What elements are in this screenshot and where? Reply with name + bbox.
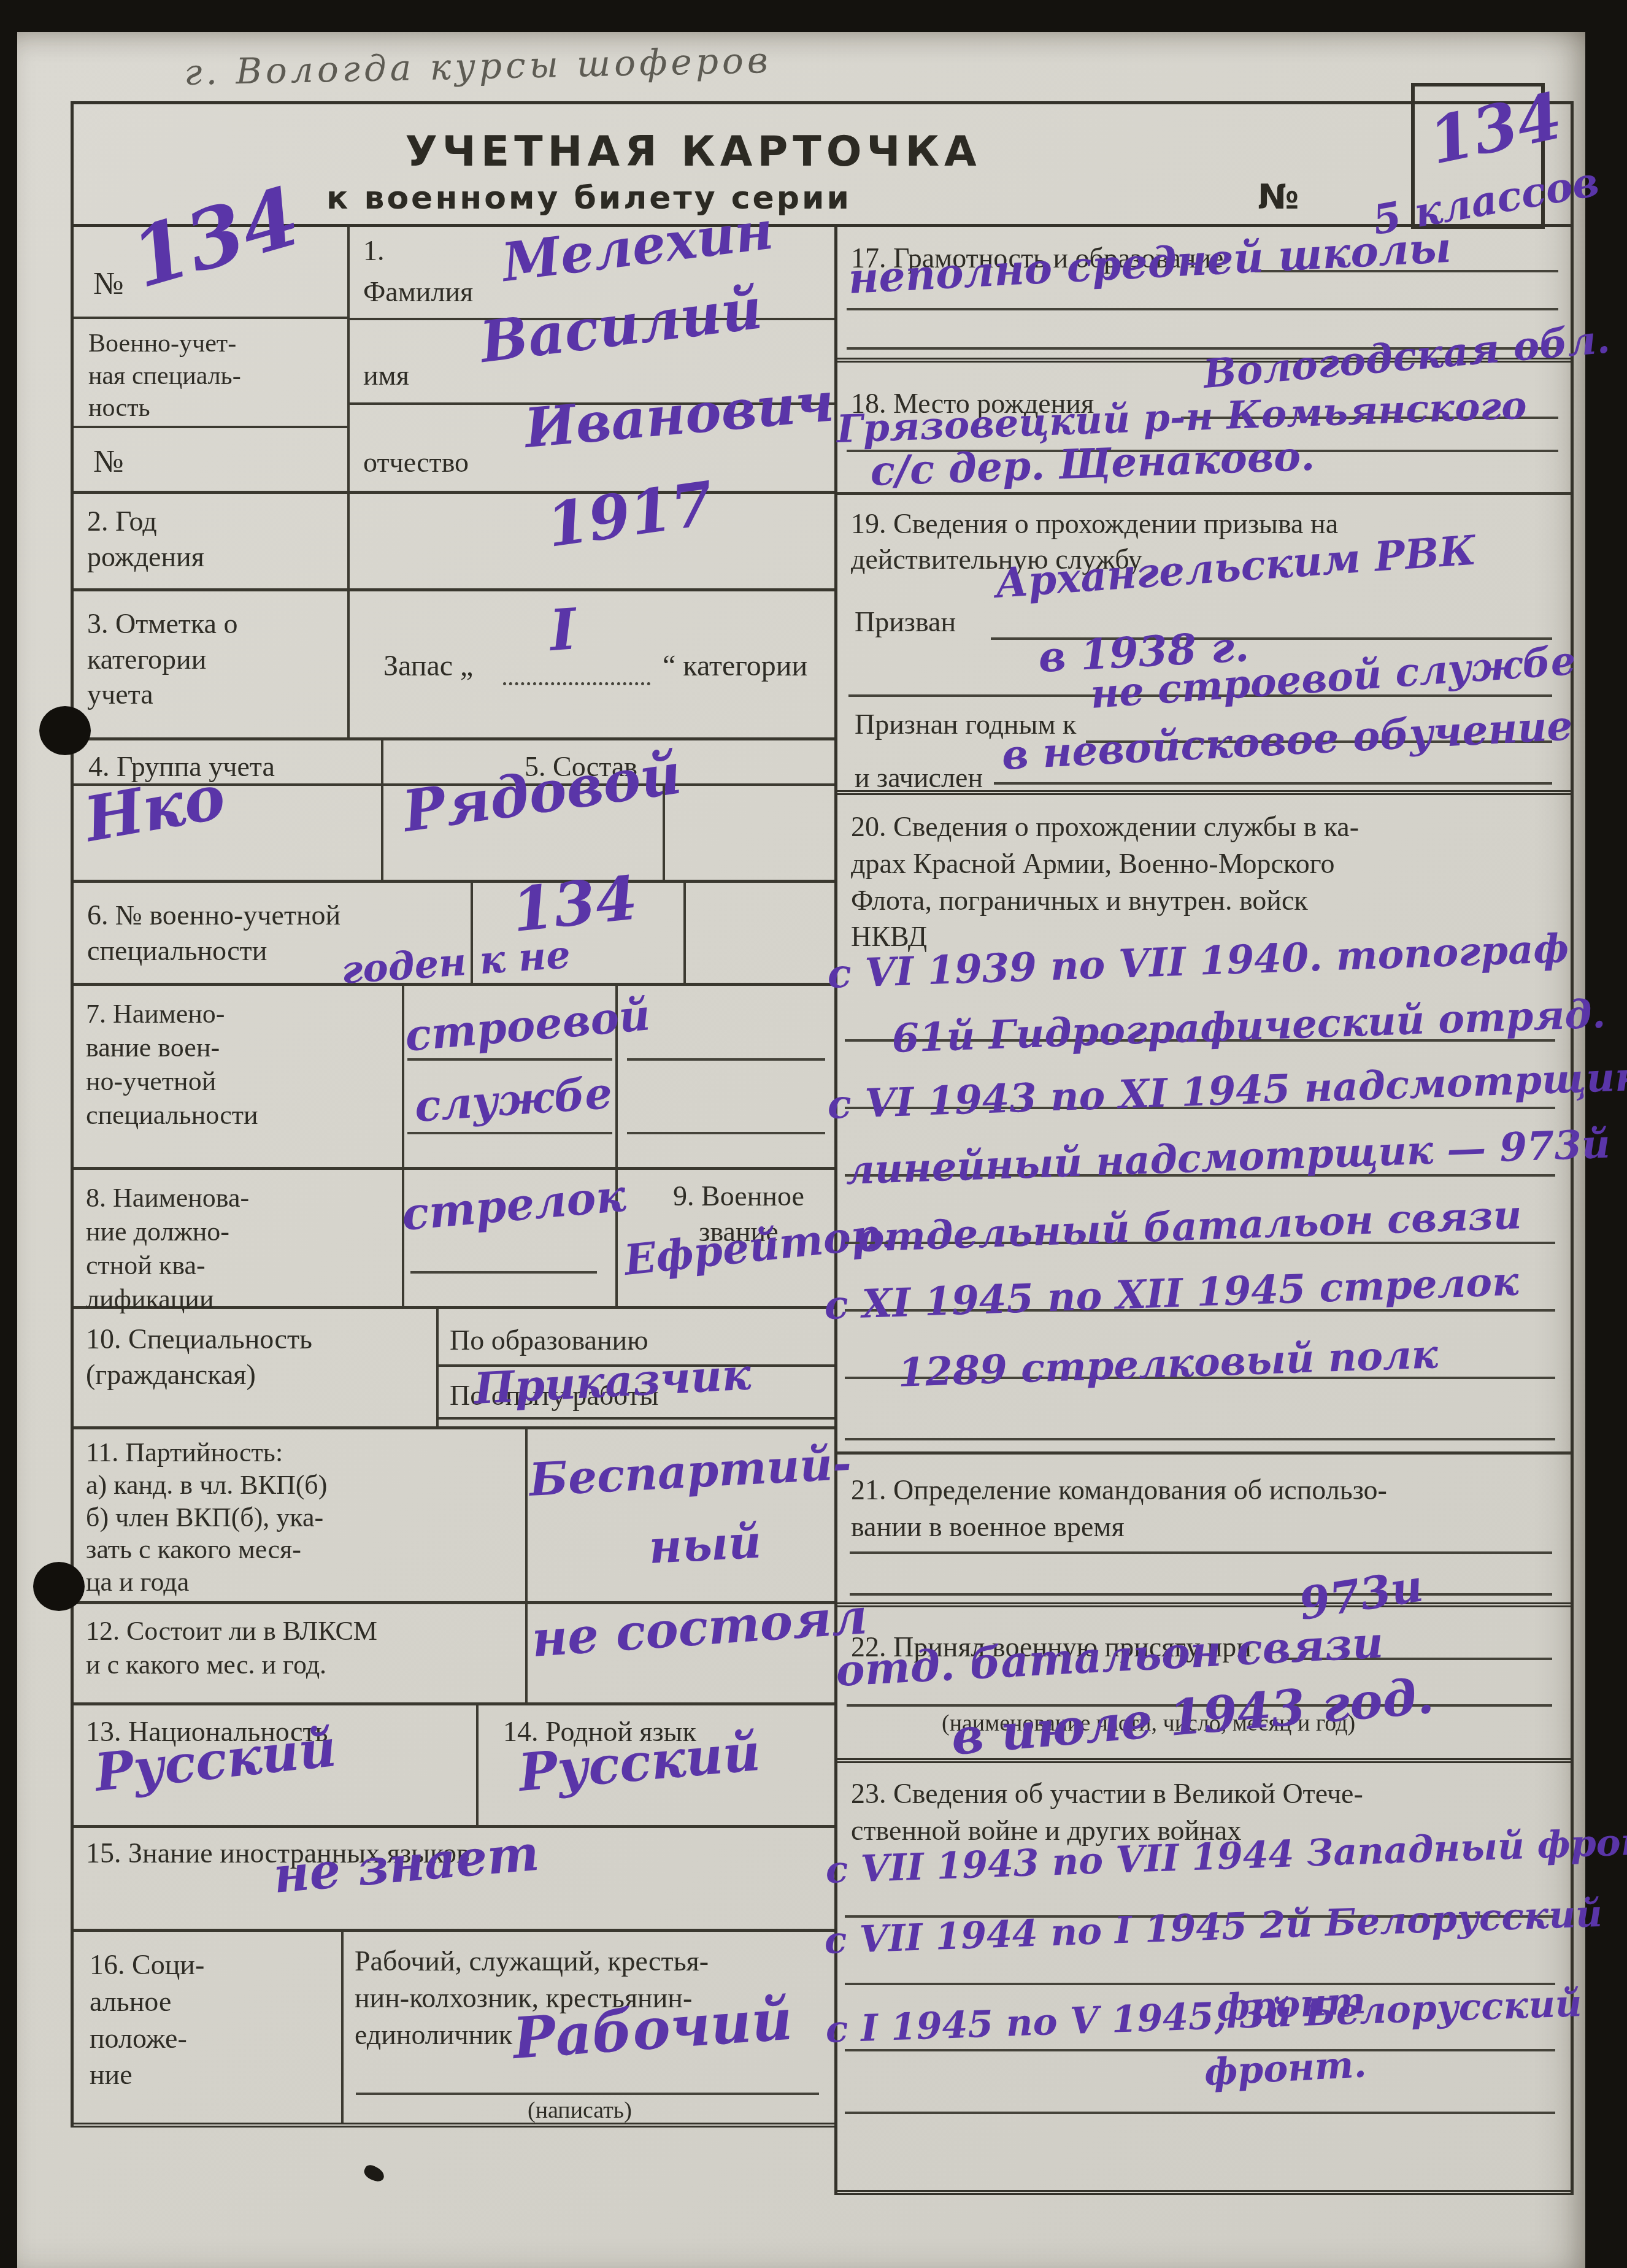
field-21-label: 21. Определение командования об использо…	[851, 1472, 1387, 1545]
fio-cell: 1. Фамилия Мелехин имя Василий отчество …	[350, 227, 834, 491]
service-line-3: линейный надсмотрщик — 973й	[845, 1121, 1610, 1194]
service-line-6: 1289 стрелковый полк	[897, 1331, 1439, 1396]
field-2-label: 2. Год рождения	[87, 504, 204, 574]
field-1-row: № 134 Военно-учет- ная специаль- ность №…	[74, 227, 834, 494]
surname-label: Фамилия	[363, 274, 473, 310]
field-11-value-2: ный	[647, 1516, 762, 1574]
field-10-label: 10. Специальность (гражданская)	[86, 1321, 312, 1392]
war-line-4: фронт.	[1203, 2043, 1367, 2094]
left-column: № 134 Военно-учет- ная специаль- ность №…	[71, 227, 834, 2128]
field-10-row: 10. Специальность (гражданская) По образ…	[74, 1309, 834, 1429]
vus-no2-label: №	[93, 442, 124, 482]
field-12-label: 12. Состоит ли в ВЛКСМ и с какого мес. и…	[86, 1614, 377, 1682]
field-16-label: 16. Соци- альное положе- ние	[90, 1947, 204, 2093]
field-3-row: 3. Отметка о категории учета Запас „ I “…	[74, 591, 834, 740]
zapas-category-value: I	[547, 596, 578, 664]
service-line-4: отдельный батальон связи	[857, 1192, 1522, 1261]
field-11-label: 11. Партийность: а) канд. в чл. ВКП(б) б…	[86, 1437, 327, 1599]
vus-number-value: 134	[509, 863, 640, 946]
field-7-row: 7. Наимено- вание воен- но-учетной специ…	[74, 986, 834, 1170]
field-16-hint: (написать)	[528, 2096, 632, 2126]
patronymic-label: отчество	[363, 445, 469, 480]
sostav-divider	[663, 786, 665, 880]
zapas-label: Запас „	[383, 648, 473, 685]
zachislen-value: в невойсковое обучение	[1001, 701, 1574, 779]
field-2-row: 2. Год рождения 1917	[74, 494, 834, 591]
field-12-row: 12. Состоит ли в ВЛКСМ и с какого мес. и…	[74, 1604, 834, 1705]
card-body: № 134 Военно-учет- ная специаль- ность №…	[71, 227, 1574, 2195]
field-20-label: 20. Сведения о прохождении службы в ка- …	[851, 809, 1359, 955]
field-17-value-2: неполно средней школы	[847, 223, 1453, 304]
war-line-3: с I 1945 по V 1945, 3й Белорусский	[825, 1982, 1583, 2051]
field-4-5-row: 4. Группа учета Нко 5. Состав Рядовой	[74, 740, 834, 883]
field-7-label: 7. Наимено- вание воен- но-учетной специ…	[86, 997, 258, 1132]
service-line-5: с XI 1945 по XII 1945 стрелок	[823, 1259, 1519, 1329]
field-13-14-row: 13. Национальность Русский 14. Родной яз…	[74, 1705, 834, 1828]
field-18-row: 18. Место рождения Вологодская обл. Гряз…	[837, 363, 1571, 495]
field-11-row: 11. Партийность: а) канд. в чл. ВКП(б) б…	[74, 1429, 834, 1604]
vus-no-label: №	[93, 264, 124, 304]
card-header: УЧЕТНАЯ КАРТОЧКА к военному билету серии…	[71, 101, 1574, 227]
series-number-sign: №	[1258, 177, 1299, 217]
field-23-row: 23. Сведения об участии в Великой Отече-…	[837, 1763, 1571, 2195]
pencil-note: г. Вологда курсы шоферов	[183, 39, 772, 93]
vus-cell: № 134 Военно-учет- ная специаль- ность №	[74, 227, 350, 491]
field-7-value-3: службе	[413, 1067, 613, 1132]
field-3-label: 3. Отметка о категории учета	[87, 606, 238, 712]
field-22-row: 22. Принял военную присягу при 973и отд.…	[837, 1607, 1571, 1763]
prizvan-label: Призван	[855, 604, 956, 640]
service-line-1: 61й Гидрографический отряд.	[891, 991, 1606, 1062]
kategorii-label: “ категории	[663, 648, 807, 685]
field-19-row: 19. Сведения о прохождении призыва на де…	[837, 495, 1571, 795]
field-20-row: 20. Сведения о прохождении службы в ка- …	[837, 795, 1571, 1455]
field-1-num: 1.	[363, 233, 385, 269]
edu-label: По образованию	[450, 1323, 648, 1358]
field-7-value-2: строевой	[403, 989, 652, 1061]
field-6-label: 6. № военно-учетной специальности	[87, 898, 340, 968]
zachislen-label: и зачислен	[855, 760, 983, 796]
war-line-1: с VII 1944 по I 1945 2й Белорусский	[824, 1893, 1603, 1962]
field-8-9-row: 8. Наименова- ние должно- стной ква- лиф…	[74, 1170, 834, 1309]
field-16-row: 16. Соци- альное положе- ние Рабочий, сл…	[74, 1932, 834, 2128]
card-title: УЧЕТНАЯ КАРТОЧКА	[74, 128, 1571, 176]
field-8-value: стрелок	[400, 1169, 628, 1240]
name-label: имя	[363, 358, 409, 393]
right-column: 17. Грамотность и образование 5 классов …	[834, 227, 1574, 2195]
punch-hole-top	[39, 706, 91, 755]
field-15-row: 15. Знание иностранных языков не знает	[74, 1828, 834, 1932]
field-8-label: 8. Наименова- ние должно- стной ква- лиф…	[86, 1181, 249, 1316]
field-11-value-1: Беспартий-	[528, 1437, 852, 1507]
zapas-dotted-line	[503, 682, 650, 685]
scanned-card-paper: г. Вологда курсы шоферов УЧЕТНАЯ КАРТОЧК…	[17, 32, 1585, 2268]
service-line-2: с VI 1943 по XI 1945 надсмотрщик	[826, 1054, 1627, 1128]
punch-hole-bottom	[33, 1562, 85, 1611]
vus-spec-label: Военно-учет- ная специаль- ность	[88, 328, 241, 425]
field-21-row: 21. Определение командования об использо…	[837, 1455, 1571, 1607]
